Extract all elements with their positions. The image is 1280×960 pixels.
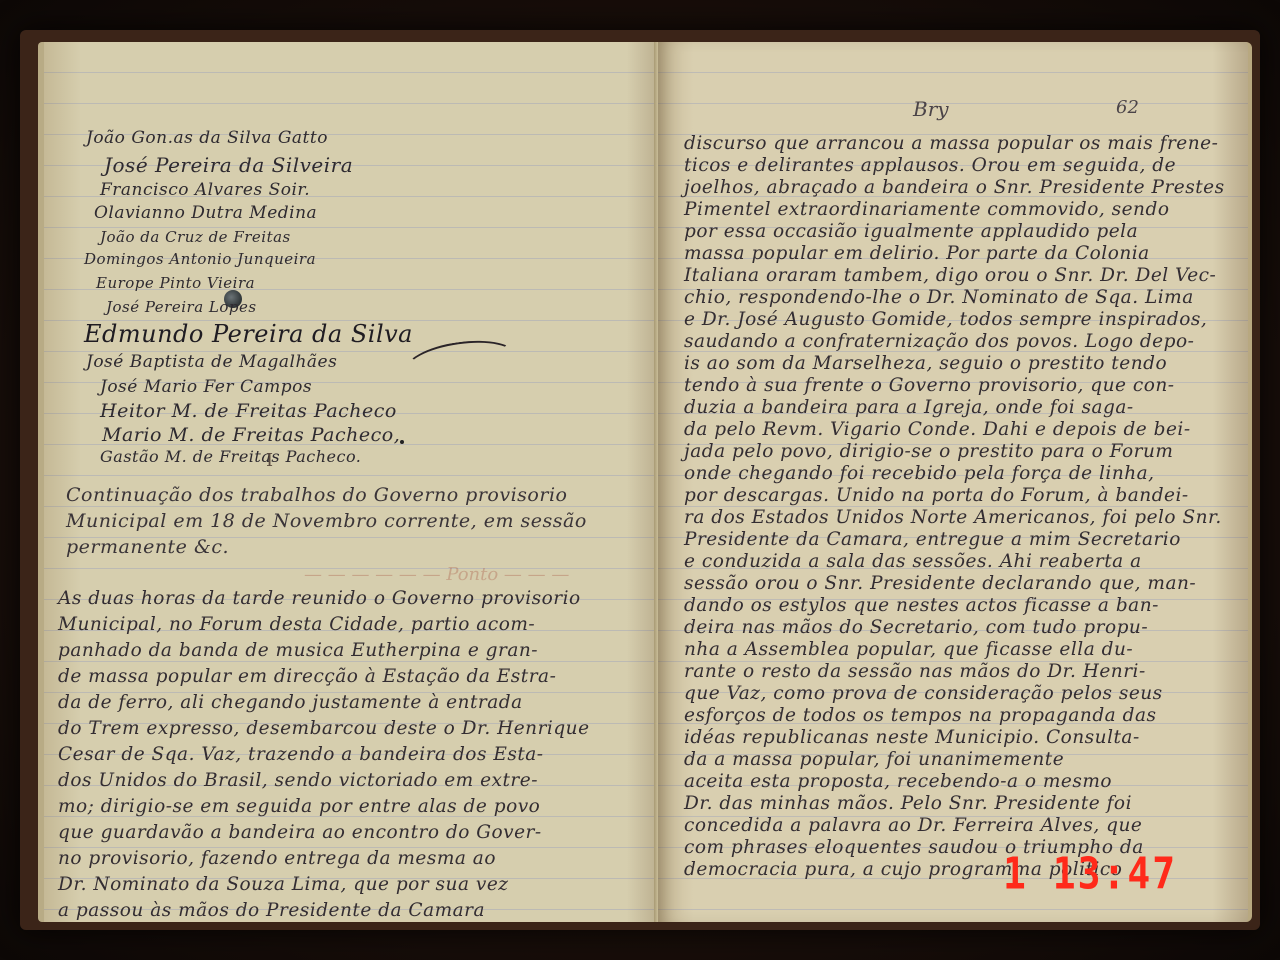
body-line: Dr. das minhas mãos. Pelo Snr. President…: [684, 795, 1132, 814]
left-page: João Gon.as da Silva Gatto José Pereira …: [38, 42, 664, 922]
heading-line-2: Municipal em 18 de Novembro corrente, em…: [66, 512, 587, 531]
body-line: jada pelo povo, dirigio-se o prestito pa…: [684, 443, 1173, 462]
body-line: panhado da banda de musica Eutherpina e …: [58, 642, 538, 661]
body-line: Presidente da Camara, entregue a mim Sec…: [684, 531, 1181, 550]
signature-10: José Baptista de Magalhães: [86, 354, 337, 371]
body-line: aceita esta proposta, recebendo-a o mesm…: [684, 773, 1112, 792]
body-line: que Vaz, como prova de consideração pelo…: [684, 685, 1163, 704]
body-line: e Dr. José Augusto Gomide, todos sempre …: [684, 311, 1207, 330]
body-line: dando os estylos que nestes actos ficass…: [684, 597, 1159, 616]
section-marker: I: [266, 450, 273, 471]
body-line: nha a Assemblea popular, que ficasse ell…: [684, 641, 1133, 660]
body-line: e conduzida a sala das sessões. Ahi reab…: [684, 553, 1142, 572]
body-line: a passou às mãos do Presidente da Camara: [58, 902, 485, 921]
signature-3: Francisco Alvares Soir.: [100, 182, 310, 199]
signature-9-edmundo: Edmundo Pereira da Silva: [84, 322, 413, 346]
body-line: ra dos Estados Unidos Norte Americanos, …: [684, 509, 1222, 528]
body-line: do Trem expresso, desembarcou deste o Dr…: [58, 720, 590, 739]
folio-number: 62: [1116, 97, 1139, 118]
signature-6: Domingos Antonio Junqueira: [84, 252, 316, 267]
body-line: discurso que arrancou a massa popular os…: [684, 135, 1218, 154]
body-line: is ao som da Marselheza, seguio o presti…: [684, 355, 1167, 374]
faded-red-text: — — — — — — Ponto — — —: [304, 564, 569, 585]
heading-line-3: permanente &c.: [66, 538, 229, 557]
signature-12: Heitor M. de Freitas Pacheco: [100, 402, 397, 421]
ink-dot: [400, 440, 404, 444]
body-line: por descargas. Unido na porta do Forum, …: [684, 487, 1189, 506]
signature-11: José Mario Fer Campos: [100, 379, 312, 396]
body-line: sessão orou o Snr. Presidente declarando…: [684, 575, 1196, 594]
open-ledger-book: João Gon.as da Silva Gatto José Pereira …: [20, 30, 1260, 930]
body-line: idéas republicanas neste Municipio. Cons…: [684, 729, 1140, 748]
signature-2: José Pereira da Silveira: [104, 155, 353, 175]
signature-14: Gastão M. de Freitas Pacheco.: [100, 449, 361, 465]
body-line: Italiana oraram tambem, digo orou o Snr.…: [684, 267, 1216, 286]
body-line: As duas horas da tarde reunido o Governo…: [58, 590, 581, 609]
signature-8: José Pereira Lopes: [106, 300, 257, 315]
body-line: massa popular em delirio. Por parte da C…: [684, 245, 1150, 264]
body-line: mo; dirigio-se em seguida por entre alas…: [58, 798, 540, 817]
body-line: esforços de todos os tempos na propagand…: [684, 707, 1156, 726]
body-line: chio, respondendo-lhe o Dr. Nominato de …: [684, 289, 1194, 308]
body-line: saudando a confraternização dos povos. L…: [684, 333, 1194, 352]
body-line: por essa occasião igualmente applaudido …: [684, 223, 1138, 242]
body-line: Pimentel extraordinariamente commovido, …: [684, 201, 1169, 220]
body-line: Dr. Nominato da Souza Lima, que por sua …: [58, 876, 509, 895]
body-line: duzia a bandeira para a Igreja, onde foi…: [684, 399, 1134, 418]
signature-flourish: [401, 334, 520, 393]
signature-1: João Gon.as da Silva Gatto: [86, 130, 328, 147]
page-header-word: Bry: [913, 97, 949, 121]
signature-13: Mario M. de Freitas Pacheco,: [102, 426, 400, 445]
body-line: que guardavão a bandeira ao encontro do …: [58, 824, 542, 843]
body-line: deira nas mãos do Secretario, com tudo p…: [684, 619, 1148, 638]
heading-line-1: Continuação dos trabalhos do Governo pro…: [66, 486, 567, 505]
body-line: Cesar de Sqa. Vaz, trazendo a bandeira d…: [58, 746, 544, 765]
camera-timestamp-overlay: 1 13:47: [1003, 848, 1177, 899]
body-line: tendo à sua frente o Governo provisorio,…: [684, 377, 1175, 396]
body-line: concedida a palavra ao Dr. Ferreira Alve…: [684, 817, 1142, 836]
body-line: no provisorio, fazendo entrega da mesma …: [58, 850, 496, 869]
body-line: Municipal, no Forum desta Cidade, partio…: [58, 616, 535, 635]
body-line: da de ferro, ali chegando justamente à e…: [58, 694, 523, 713]
body-line: dos Unidos do Brasil, sendo victoriado e…: [58, 772, 538, 791]
signature-7: Europe Pinto Vieira: [96, 276, 255, 291]
signature-4: Olavianno Dutra Medina: [94, 205, 317, 222]
body-line: onde chegando foi recebido pela força de…: [684, 465, 1155, 484]
signature-5: João da Cruz de Freitas: [100, 230, 291, 245]
body-line: de massa popular em direcção à Estação d…: [58, 668, 556, 687]
body-line: da a massa popular, foi unanimemente: [684, 751, 1064, 770]
body-line: rante o resto da sessão nas mãos do Dr. …: [684, 663, 1146, 682]
body-line: ticos e delirantes applausos. Orou em se…: [684, 157, 1176, 176]
right-page: Bry 62 discurso que arrancou a massa pop…: [658, 42, 1252, 922]
body-line: da pelo Revm. Vigario Conde. Dahi e depo…: [684, 421, 1191, 440]
body-line: joelhos, abraçado a bandeira o Snr. Pres…: [684, 179, 1225, 198]
